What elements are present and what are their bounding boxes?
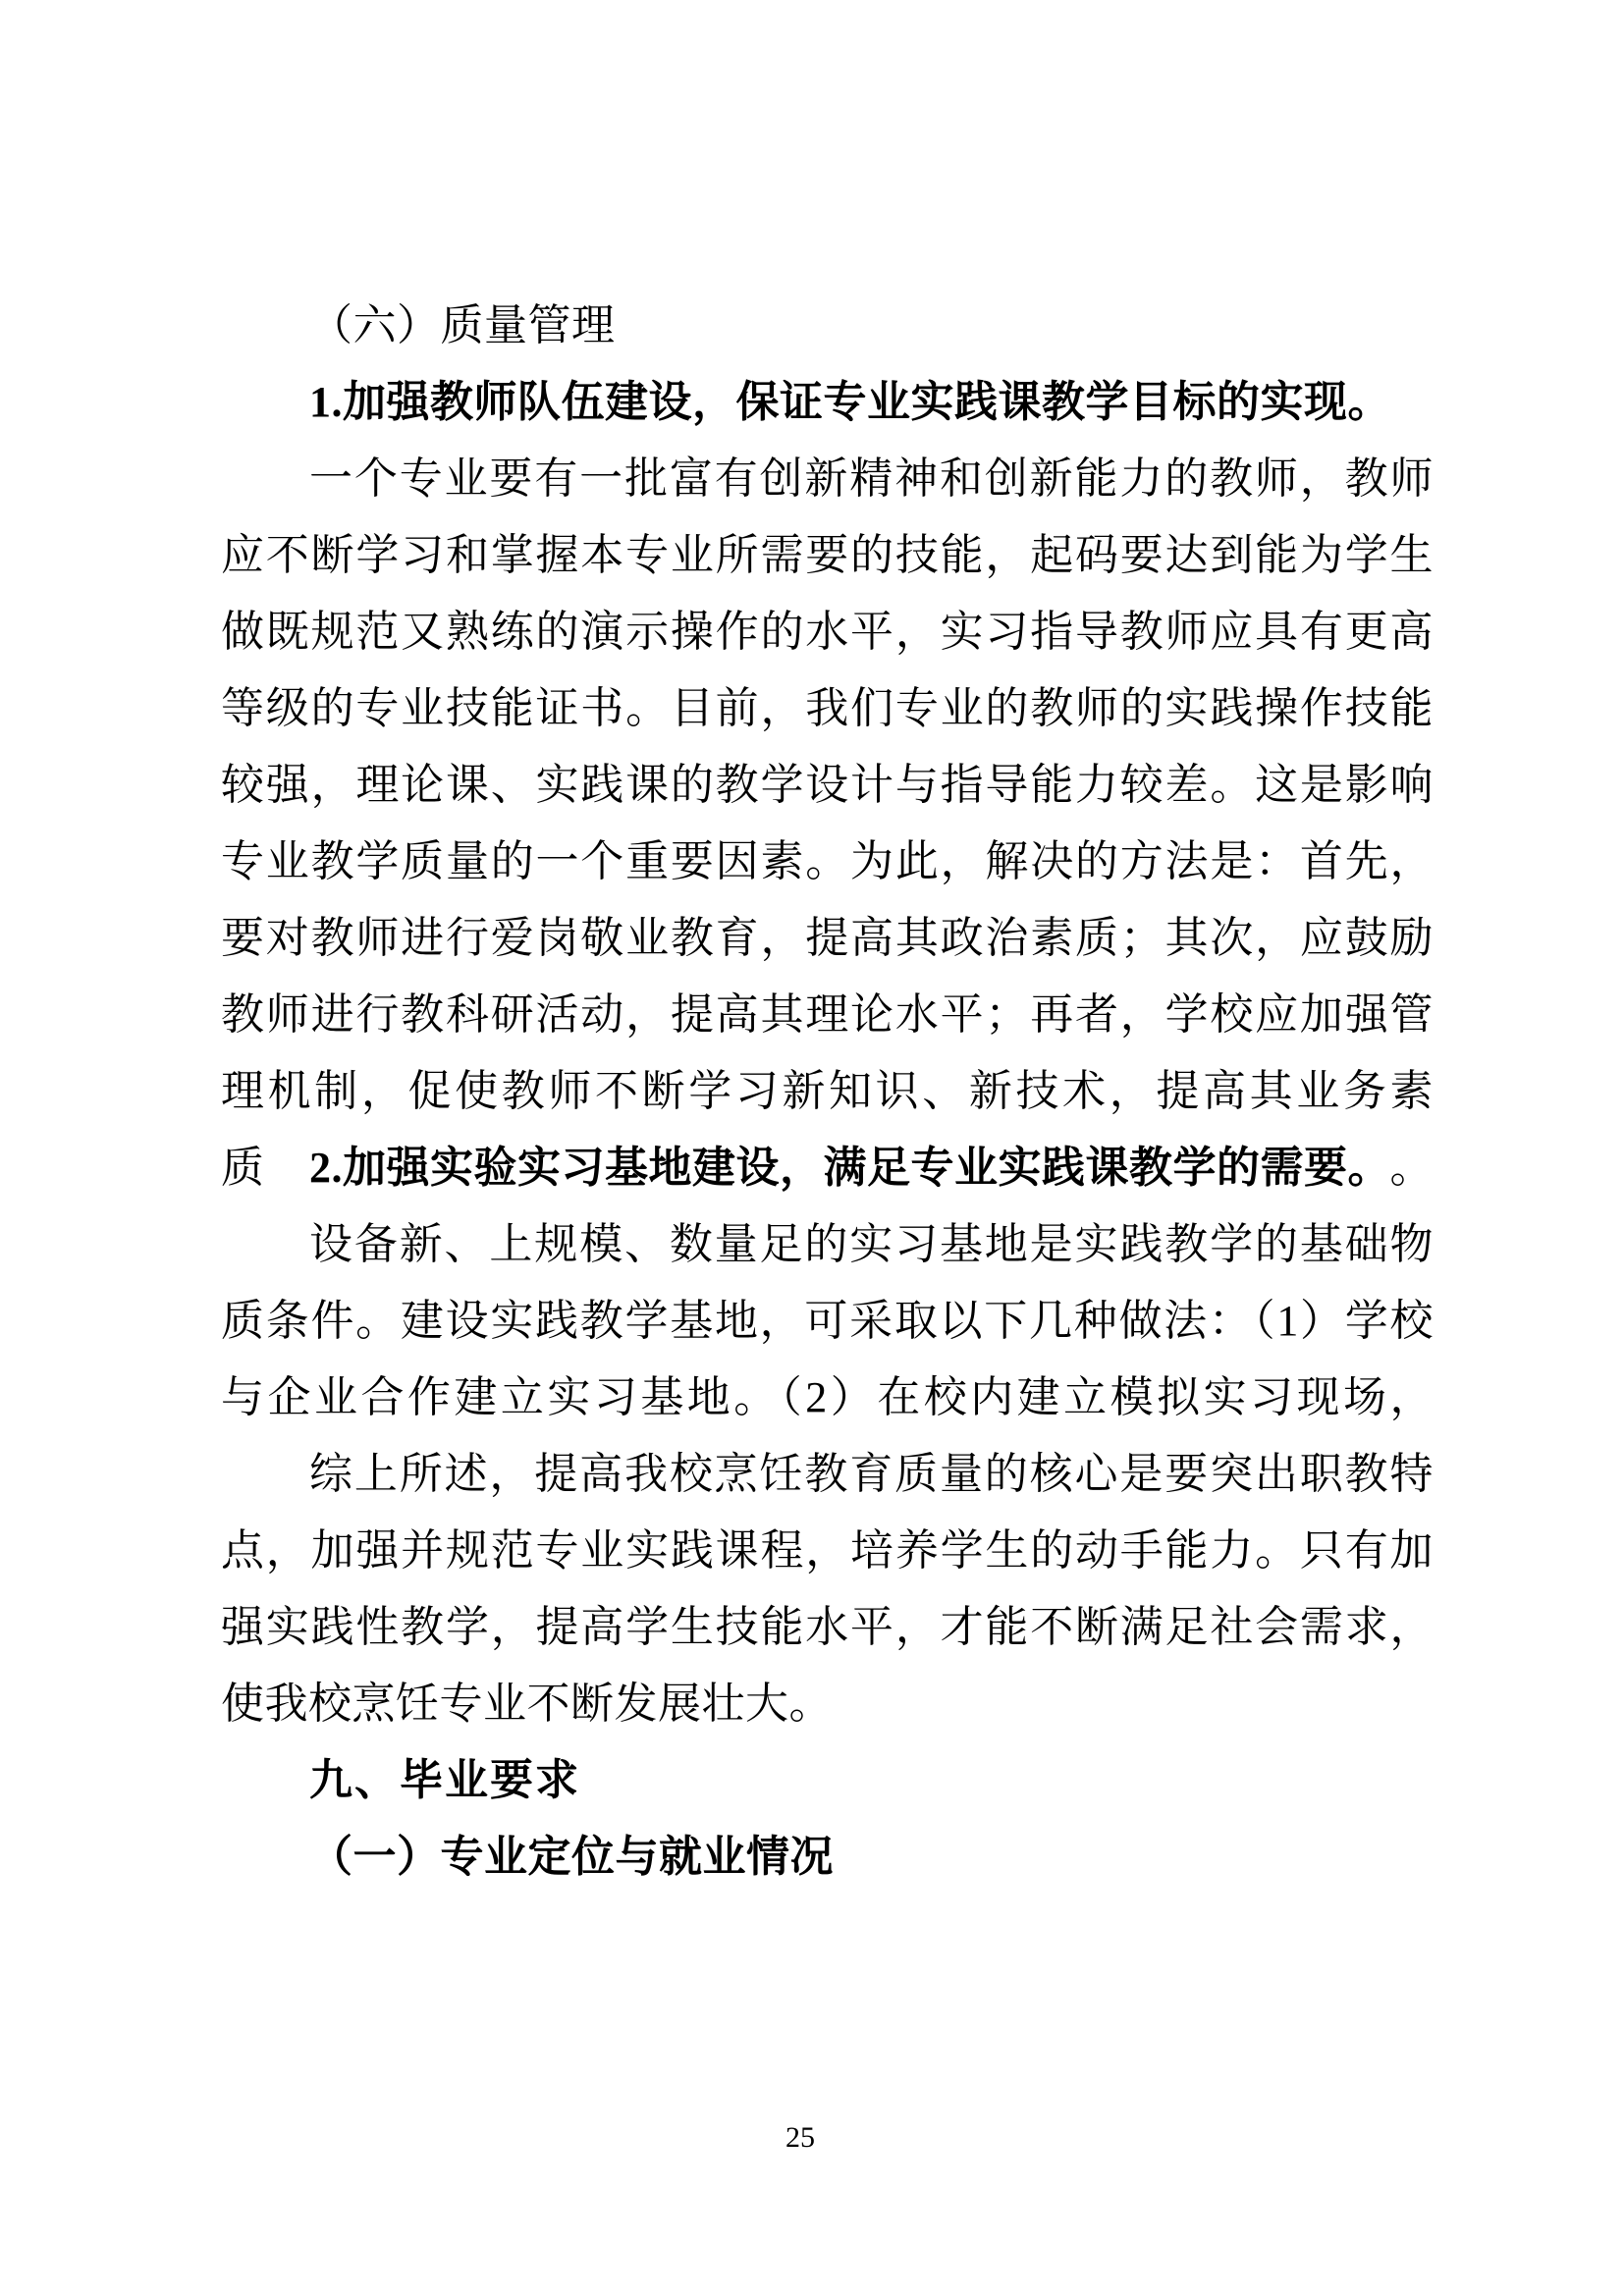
subheading-practice-base-building: 2.加强实验实习基地建设，满足专业实践课教学的需要。: [221, 1130, 1434, 1206]
paragraph-1-line-8: 教师进行教科研活动，提高其理论水平；再者，学校应加强管: [221, 977, 1434, 1053]
paragraph-3-line-1: 综上所述，提高我校烹饪教育质量的核心是要突出职教特: [221, 1436, 1434, 1513]
page-number: 25: [0, 2118, 1600, 2158]
paragraph-1-line-3: 做既规范又熟练的演示操作的水平，实习指导教师应具有更高: [221, 594, 1434, 670]
paragraph-1-line-7: 要对教师进行爱岗敬业教育，提高其政治素质；其次，应鼓励: [221, 900, 1434, 977]
section-heading-quality-management: （六）质量管理: [221, 288, 1434, 364]
paragraph-1-line-2: 应不断学习和掌握本专业所需要的技能，起码要达到能为学生: [221, 517, 1434, 594]
paragraph-1-line-9: 理机制，促使教师不断学习新知识、新技术，提高其业务素质。: [221, 1053, 1434, 1130]
paragraph-3-line-3: 强实践性教学，提高学生技能水平，才能不断满足社会需求，: [221, 1589, 1434, 1666]
chapter-heading-graduation-requirements: 九、毕业要求: [221, 1742, 1434, 1819]
section-heading-specialty-positioning: （一）专业定位与就业情况: [221, 1819, 1434, 1896]
paragraph-2-line-1: 设备新、上规模、数量足的实习基地是实践教学的基础物: [221, 1206, 1434, 1283]
paragraph-3-line-2: 点，加强并规范专业实践课程，培养学生的动手能力。只有加: [221, 1513, 1434, 1589]
paragraph-1-line-1: 一个专业要有一批富有创新精神和创新能力的教师，教师: [221, 441, 1434, 517]
paragraph-2-line-2: 质条件。建设实践教学基地，可采取以下几种做法：（1）学校: [221, 1283, 1434, 1360]
paragraph-1-line-5: 较强，理论课、实践课的教学设计与指导能力较差。这是影响: [221, 747, 1434, 824]
document-page: （六）质量管理 1.加强教师队伍建设，保证专业实践课教学目标的实现。 一个专业要…: [0, 0, 1624, 2296]
document-body: （六）质量管理 1.加强教师队伍建设，保证专业实践课教学目标的实现。 一个专业要…: [221, 288, 1434, 1896]
paragraph-1-line-4: 等级的专业技能证书。目前，我们专业的教师的实践操作技能: [221, 670, 1434, 747]
paragraph-1-line-6: 专业教学质量的一个重要因素。为此，解决的方法是：首先，: [221, 824, 1434, 900]
subheading-teacher-team-building: 1.加强教师队伍建设，保证专业实践课教学目标的实现。: [221, 364, 1434, 441]
paragraph-2-line-3: 与企业合作建立实习基地。（2）在校内建立模拟实习现场，: [221, 1360, 1434, 1436]
paragraph-3-line-4: 使我校烹饪专业不断发展壮大。: [221, 1666, 1434, 1742]
